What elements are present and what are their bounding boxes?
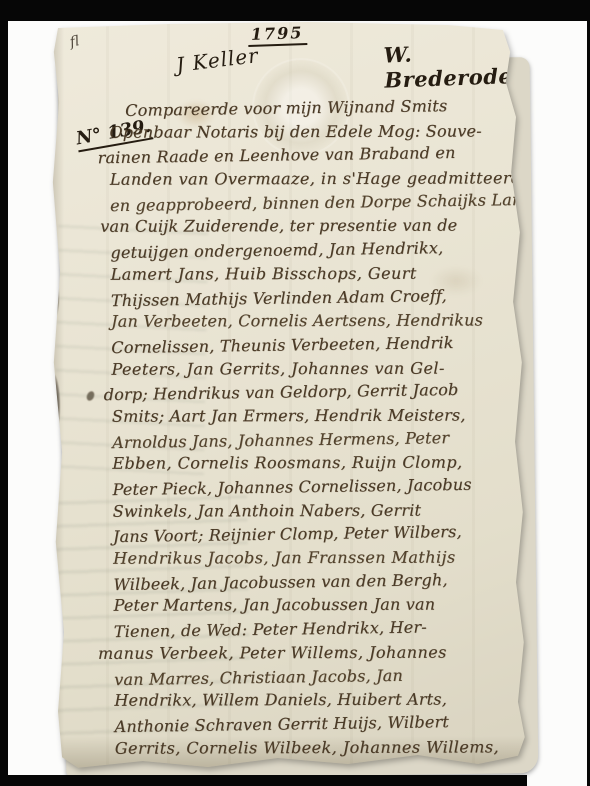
name-annotation: J Keller (175, 43, 260, 77)
scan-frame-top (0, 0, 590, 21)
manuscript-line: Anthonie Schraven Gerrit Huijs, Wilbert (114, 709, 534, 739)
manuscript-line: getuijgen ondergenoemd, Jan Hendrikx, (110, 235, 530, 265)
manuscript-line: Cornelissen, Theunis Verbeeten, Hendrik (111, 330, 531, 360)
corner-mark: fl (68, 33, 80, 51)
manuscript-line: Landen van Overmaaze, in s'Hage geadmitt… (110, 166, 530, 191)
manuscript-line: Compareerde voor mijn Wijnand Smits (125, 93, 529, 123)
manuscript-line: Lamert Jans, Huib Bisschops, Geurt (111, 261, 531, 286)
manuscript-line: Hendrikus Jacobs, Jan Franssen Mathijs (113, 545, 533, 570)
signature-annotation: W. Brederode. (383, 37, 535, 92)
scanned-document-page: fl 1795 J Keller W. Brederode. N° 139. C… (0, 0, 590, 786)
scan-frame-left (0, 0, 8, 786)
binding-mark-upper (47, 276, 59, 320)
manuscript-line: manus Verbeek, Peter Willems, Johannes (98, 640, 534, 665)
manuscript-line: Peter Pieck, Johannes Cornelissen, Jacob… (112, 472, 532, 502)
manuscript-line: Gerrits, Cornelis Wilbeek, Johannes Will… (115, 735, 535, 760)
paper-sheet-wrap: fl 1795 J Keller W. Brederode. N° 139. C… (48, 22, 534, 770)
paper-sheet: fl 1795 J Keller W. Brederode. N° 139. C… (48, 22, 534, 770)
manuscript-line: Tienen, de Wed: Peter Hendrikx, Her- (114, 614, 534, 644)
manuscript-body: Compareerde voor mijn Wijnand SmitsOpenb… (109, 94, 535, 761)
manuscript-line: Smits; Aart Jan Ermers, Hendrik Meisters… (112, 403, 532, 428)
scan-frame-bottom (0, 775, 527, 786)
